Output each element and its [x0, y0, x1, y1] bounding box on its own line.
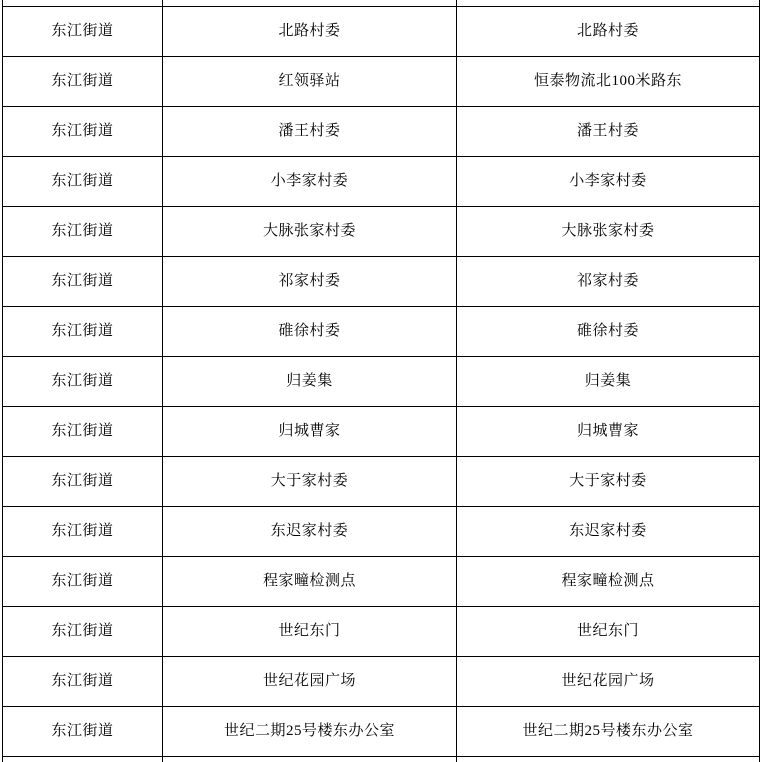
table-row: 东江街道 世纪东门 世纪东门	[3, 607, 760, 657]
table-row: 东江街道 潘王村委 潘王村委	[3, 107, 760, 157]
cell-address: 小李家村委	[457, 157, 760, 206]
cell-site: 归姜集	[163, 357, 457, 406]
cell-site: 东迟家村委	[163, 507, 457, 556]
cell-address	[457, 757, 760, 762]
cell-site: 北路村委	[163, 7, 457, 56]
cell-address: 祁家村委	[457, 257, 760, 306]
cell-street: 东江街道	[3, 207, 163, 256]
cell-address: 碓徐村委	[457, 307, 760, 356]
cell-site: 小李家村委	[163, 157, 457, 206]
table-body: 东江街道 北路村委 北路村委 东江街道 红领驿站 恒泰物流北100米路东 东江街…	[3, 7, 760, 757]
table-row: 东江街道 归城曹家 归城曹家	[3, 407, 760, 457]
table-row: 东江街道 世纪二期25号楼东办公室 世纪二期25号楼东办公室	[3, 707, 760, 757]
cell-address: 恒泰物流北100米路东	[457, 57, 760, 106]
cell-site	[163, 757, 457, 762]
table-row: 东江街道 北路村委 北路村委	[3, 7, 760, 57]
cell-street: 东江街道	[3, 607, 163, 656]
table-row: 东江街道 祁家村委 祁家村委	[3, 257, 760, 307]
cell-site: 大脉张家村委	[163, 207, 457, 256]
table-row: 东江街道 东迟家村委 东迟家村委	[3, 507, 760, 557]
cell-site: 世纪花园广场	[163, 657, 457, 706]
cell-street: 东江街道	[3, 557, 163, 606]
cell-address: 东迟家村委	[457, 507, 760, 556]
locations-table: 东江街道 北路村委 北路村委 东江街道 红领驿站 恒泰物流北100米路东 东江街…	[2, 0, 760, 762]
cell-address: 大脉张家村委	[457, 207, 760, 256]
cell-site: 潘王村委	[163, 107, 457, 156]
cell-site: 世纪二期25号楼东办公室	[163, 707, 457, 756]
cell-address: 世纪花园广场	[457, 657, 760, 706]
cell-street: 东江街道	[3, 107, 163, 156]
cell-street: 东江街道	[3, 257, 163, 306]
cell-address: 世纪二期25号楼东办公室	[457, 707, 760, 756]
cell-street	[3, 0, 163, 6]
cell-street: 东江街道	[3, 407, 163, 456]
cell-street: 东江街道	[3, 507, 163, 556]
table-row: 东江街道 大于家村委 大于家村委	[3, 457, 760, 507]
cell-site: 红领驿站	[163, 57, 457, 106]
cell-street: 东江街道	[3, 57, 163, 106]
table-row: 东江街道 小李家村委 小李家村委	[3, 157, 760, 207]
cell-street: 东江街道	[3, 707, 163, 756]
document-page: 东江街道 北路村委 北路村委 东江街道 红领驿站 恒泰物流北100米路东 东江街…	[0, 0, 762, 762]
cell-site	[163, 0, 457, 6]
table-row-clipped-bottom	[3, 757, 760, 762]
table-row: 东江街道 程家疃检测点 程家疃检测点	[3, 557, 760, 607]
cell-street: 东江街道	[3, 157, 163, 206]
cell-address: 潘王村委	[457, 107, 760, 156]
cell-street: 东江街道	[3, 657, 163, 706]
cell-street	[3, 757, 163, 762]
table-row: 东江街道 世纪花园广场 世纪花园广场	[3, 657, 760, 707]
cell-street: 东江街道	[3, 357, 163, 406]
cell-site: 祁家村委	[163, 257, 457, 306]
cell-address: 归姜集	[457, 357, 760, 406]
cell-address: 归城曹家	[457, 407, 760, 456]
cell-street: 东江街道	[3, 457, 163, 506]
table-row: 东江街道 红领驿站 恒泰物流北100米路东	[3, 57, 760, 107]
cell-street: 东江街道	[3, 7, 163, 56]
cell-site: 碓徐村委	[163, 307, 457, 356]
table-row: 东江街道 大脉张家村委 大脉张家村委	[3, 207, 760, 257]
cell-site: 归城曹家	[163, 407, 457, 456]
table-row-clipped-top	[3, 0, 760, 7]
cell-site: 程家疃检测点	[163, 557, 457, 606]
cell-street: 东江街道	[3, 307, 163, 356]
table-row: 东江街道 碓徐村委 碓徐村委	[3, 307, 760, 357]
table-row: 东江街道 归姜集 归姜集	[3, 357, 760, 407]
cell-site: 世纪东门	[163, 607, 457, 656]
cell-site: 大于家村委	[163, 457, 457, 506]
cell-address: 世纪东门	[457, 607, 760, 656]
cell-address	[457, 0, 760, 6]
cell-address: 北路村委	[457, 7, 760, 56]
cell-address: 程家疃检测点	[457, 557, 760, 606]
cell-address: 大于家村委	[457, 457, 760, 506]
